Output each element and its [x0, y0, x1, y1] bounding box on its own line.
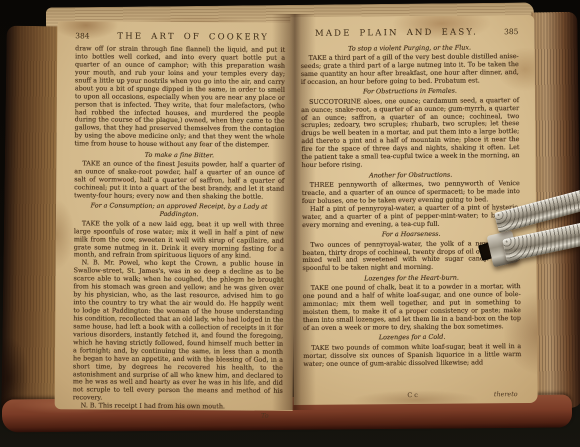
paragraph: TAKE two pounds of common white loaf-sug… [303, 343, 521, 369]
left-running-title: THE ART OF COOKERY [101, 31, 285, 42]
right-page-number: 385 [492, 27, 518, 36]
paragraph: THREE pennyworth of alkermes, two pennyw… [302, 180, 520, 206]
paragraph: N. B. Mr. Powel, who kept the Crown, a p… [73, 260, 284, 404]
right-page-footline: C c thereto [304, 390, 522, 401]
paragraph: TAKE the yolk of a new laid egg, beat it… [74, 220, 284, 261]
paragraph: TAKE one pound of chalk, beat it to a po… [303, 283, 521, 333]
paragraph: SUCCOTORINE aloes, one ounce; cardamum s… [301, 97, 520, 170]
right-page-header: MADE PLAIN AND EASY. 385 [300, 27, 518, 39]
right-running-title: MADE PLAIN AND EASY. [300, 27, 492, 39]
book-photo: 384 THE ART OF COOKERY draw off (or stra… [0, 0, 580, 447]
left-page: 384 THE ART OF COOKERY draw off (or stra… [55, 21, 296, 411]
signature-mark: C c [304, 390, 522, 400]
left-page-text: draw off (or strain through fine flannel… [73, 45, 286, 412]
paragraph: TAKE a third part of a gill of the very … [301, 53, 519, 87]
paragraph: N. B. This receipt I had from his own mo… [73, 403, 283, 412]
catchword: thereto [494, 390, 518, 398]
paragraph: TAKE an ounce of the finest Jesuits powd… [74, 160, 284, 201]
left-page-number: 384 [75, 31, 101, 40]
left-page-header: 384 THE ART OF COOKERY [75, 31, 285, 42]
catchword: To [261, 412, 269, 420]
paragraph: draw off (or strain through fine flannel… [74, 45, 285, 150]
recipe-heading: For a Consumption; an approved Receipt, … [74, 203, 284, 220]
